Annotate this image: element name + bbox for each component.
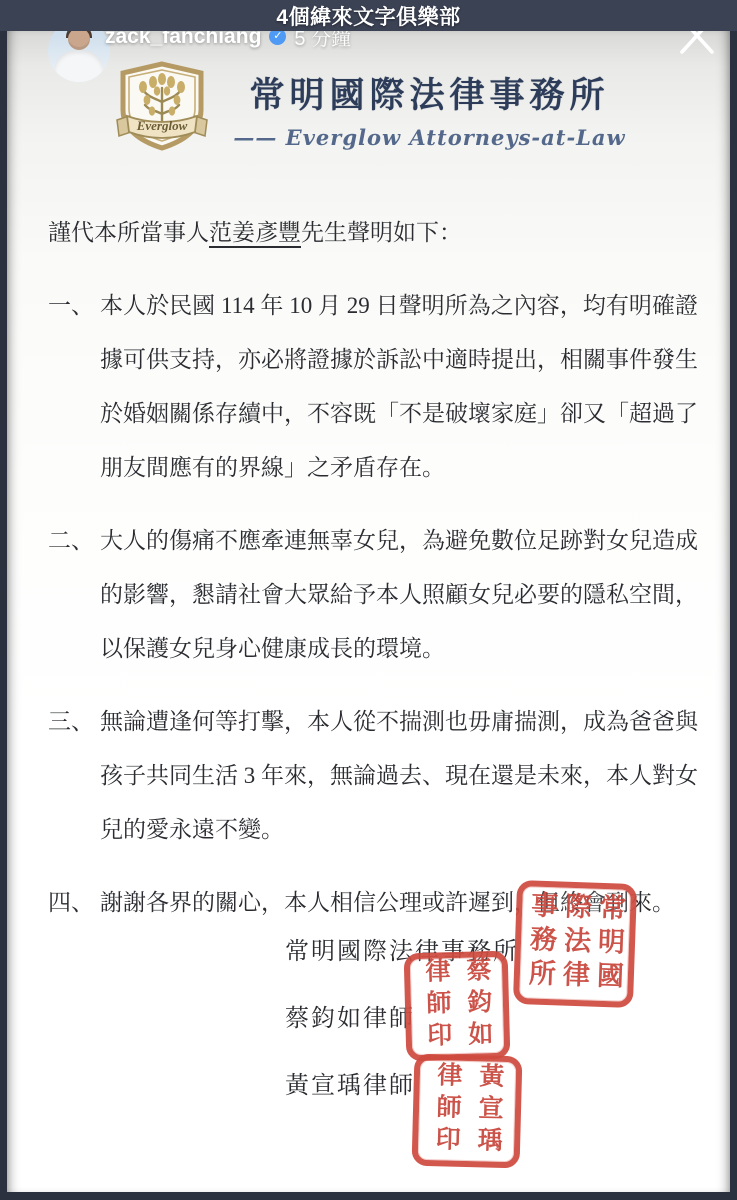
item-2-text: 大人的傷痛不應牽連無辜女兒，為避免數位足跡對女兒造成的影響，懇請社會大眾給予本人… — [100, 514, 710, 676]
item-2-marker: 二、 — [48, 514, 100, 676]
firm-seal-text: 常明國際法律事務所 — [522, 890, 628, 997]
statement-item-2: 二、 大人的傷痛不應牽連無辜女兒，為避免數位足跡對女兒造成的影響，懇請社會大眾給… — [48, 514, 710, 676]
legal-statement-document: Everglow 常明國際法律事務所 —— Everglow Attorneys… — [7, 31, 730, 1192]
item-3-marker: 三、 — [48, 695, 100, 857]
logo-banner-text: Everglow — [136, 118, 188, 133]
lawyer-seal-huang-text: 黃宣瑀律師印 — [424, 1061, 511, 1161]
item-4-marker: 四、 — [48, 876, 100, 930]
lawyer-seal-huang: 黃宣瑀律師印 — [412, 1054, 523, 1169]
lawyer-seal-cai-text: 蔡鈞如律師印 — [415, 956, 500, 1056]
avatar-shirt — [54, 50, 104, 82]
statement-item-3: 三、 無論遭逢何等打擊，本人從不揣測也毋庸揣測，成為爸爸與孩子共同生活 3 年來… — [48, 695, 710, 857]
statement-item-1: 一、 本人於民國 114 年 10 月 29 日聲明所為之內容，均有明確證據可供… — [48, 279, 710, 495]
statement-body: 謹代本所當事人范姜彥豐先生聲明如下： 一、 本人於民國 114 年 10 月 2… — [7, 206, 730, 930]
greeting-line: 謹代本所當事人范姜彥豐先生聲明如下： — [48, 206, 710, 260]
statement-items: 一、 本人於民國 114 年 10 月 29 日聲明所為之內容，均有明確證據可供… — [48, 279, 710, 930]
firm-logo-shield-tree-icon: Everglow — [111, 58, 213, 156]
client-name: 范姜彥豐 — [209, 220, 301, 245]
item-1-text: 本人於民國 114 年 10 月 29 日聲明所為之內容，均有明確證據可供支持，… — [100, 279, 710, 495]
firm-name-zh: 常明國際法律事務所 — [233, 68, 625, 118]
item-3-text: 無論遭逢何等打擊，本人從不揣測也毋庸揣測，成為爸爸與孩子共同生活 3 年來，無論… — [100, 695, 710, 857]
greeting-suffix: 先生聲明如下： — [301, 220, 462, 245]
app-bar: 4個緯來文字俱樂部 — [0, 0, 737, 31]
firm-name-block: 常明國際法律事務所 —— Everglow Attorneys-at-Law — [233, 58, 625, 150]
lawyer-seal-cai: 蔡鈞如律師印 — [404, 951, 511, 1062]
avatar-head — [68, 28, 90, 50]
app-bar-title: 4個緯來文字俱樂部 — [276, 1, 460, 31]
greeting-prefix: 謹代本所當事人 — [48, 220, 209, 245]
firm-seal: 常明國際法律事務所 — [513, 880, 637, 1008]
letterhead: Everglow 常明國際法律事務所 —— Everglow Attorneys… — [7, 58, 730, 156]
item-1-marker: 一、 — [48, 279, 100, 495]
logo-ribbon: Everglow — [117, 116, 207, 138]
firm-name-en: —— Everglow Attorneys-at-Law — [233, 125, 625, 150]
